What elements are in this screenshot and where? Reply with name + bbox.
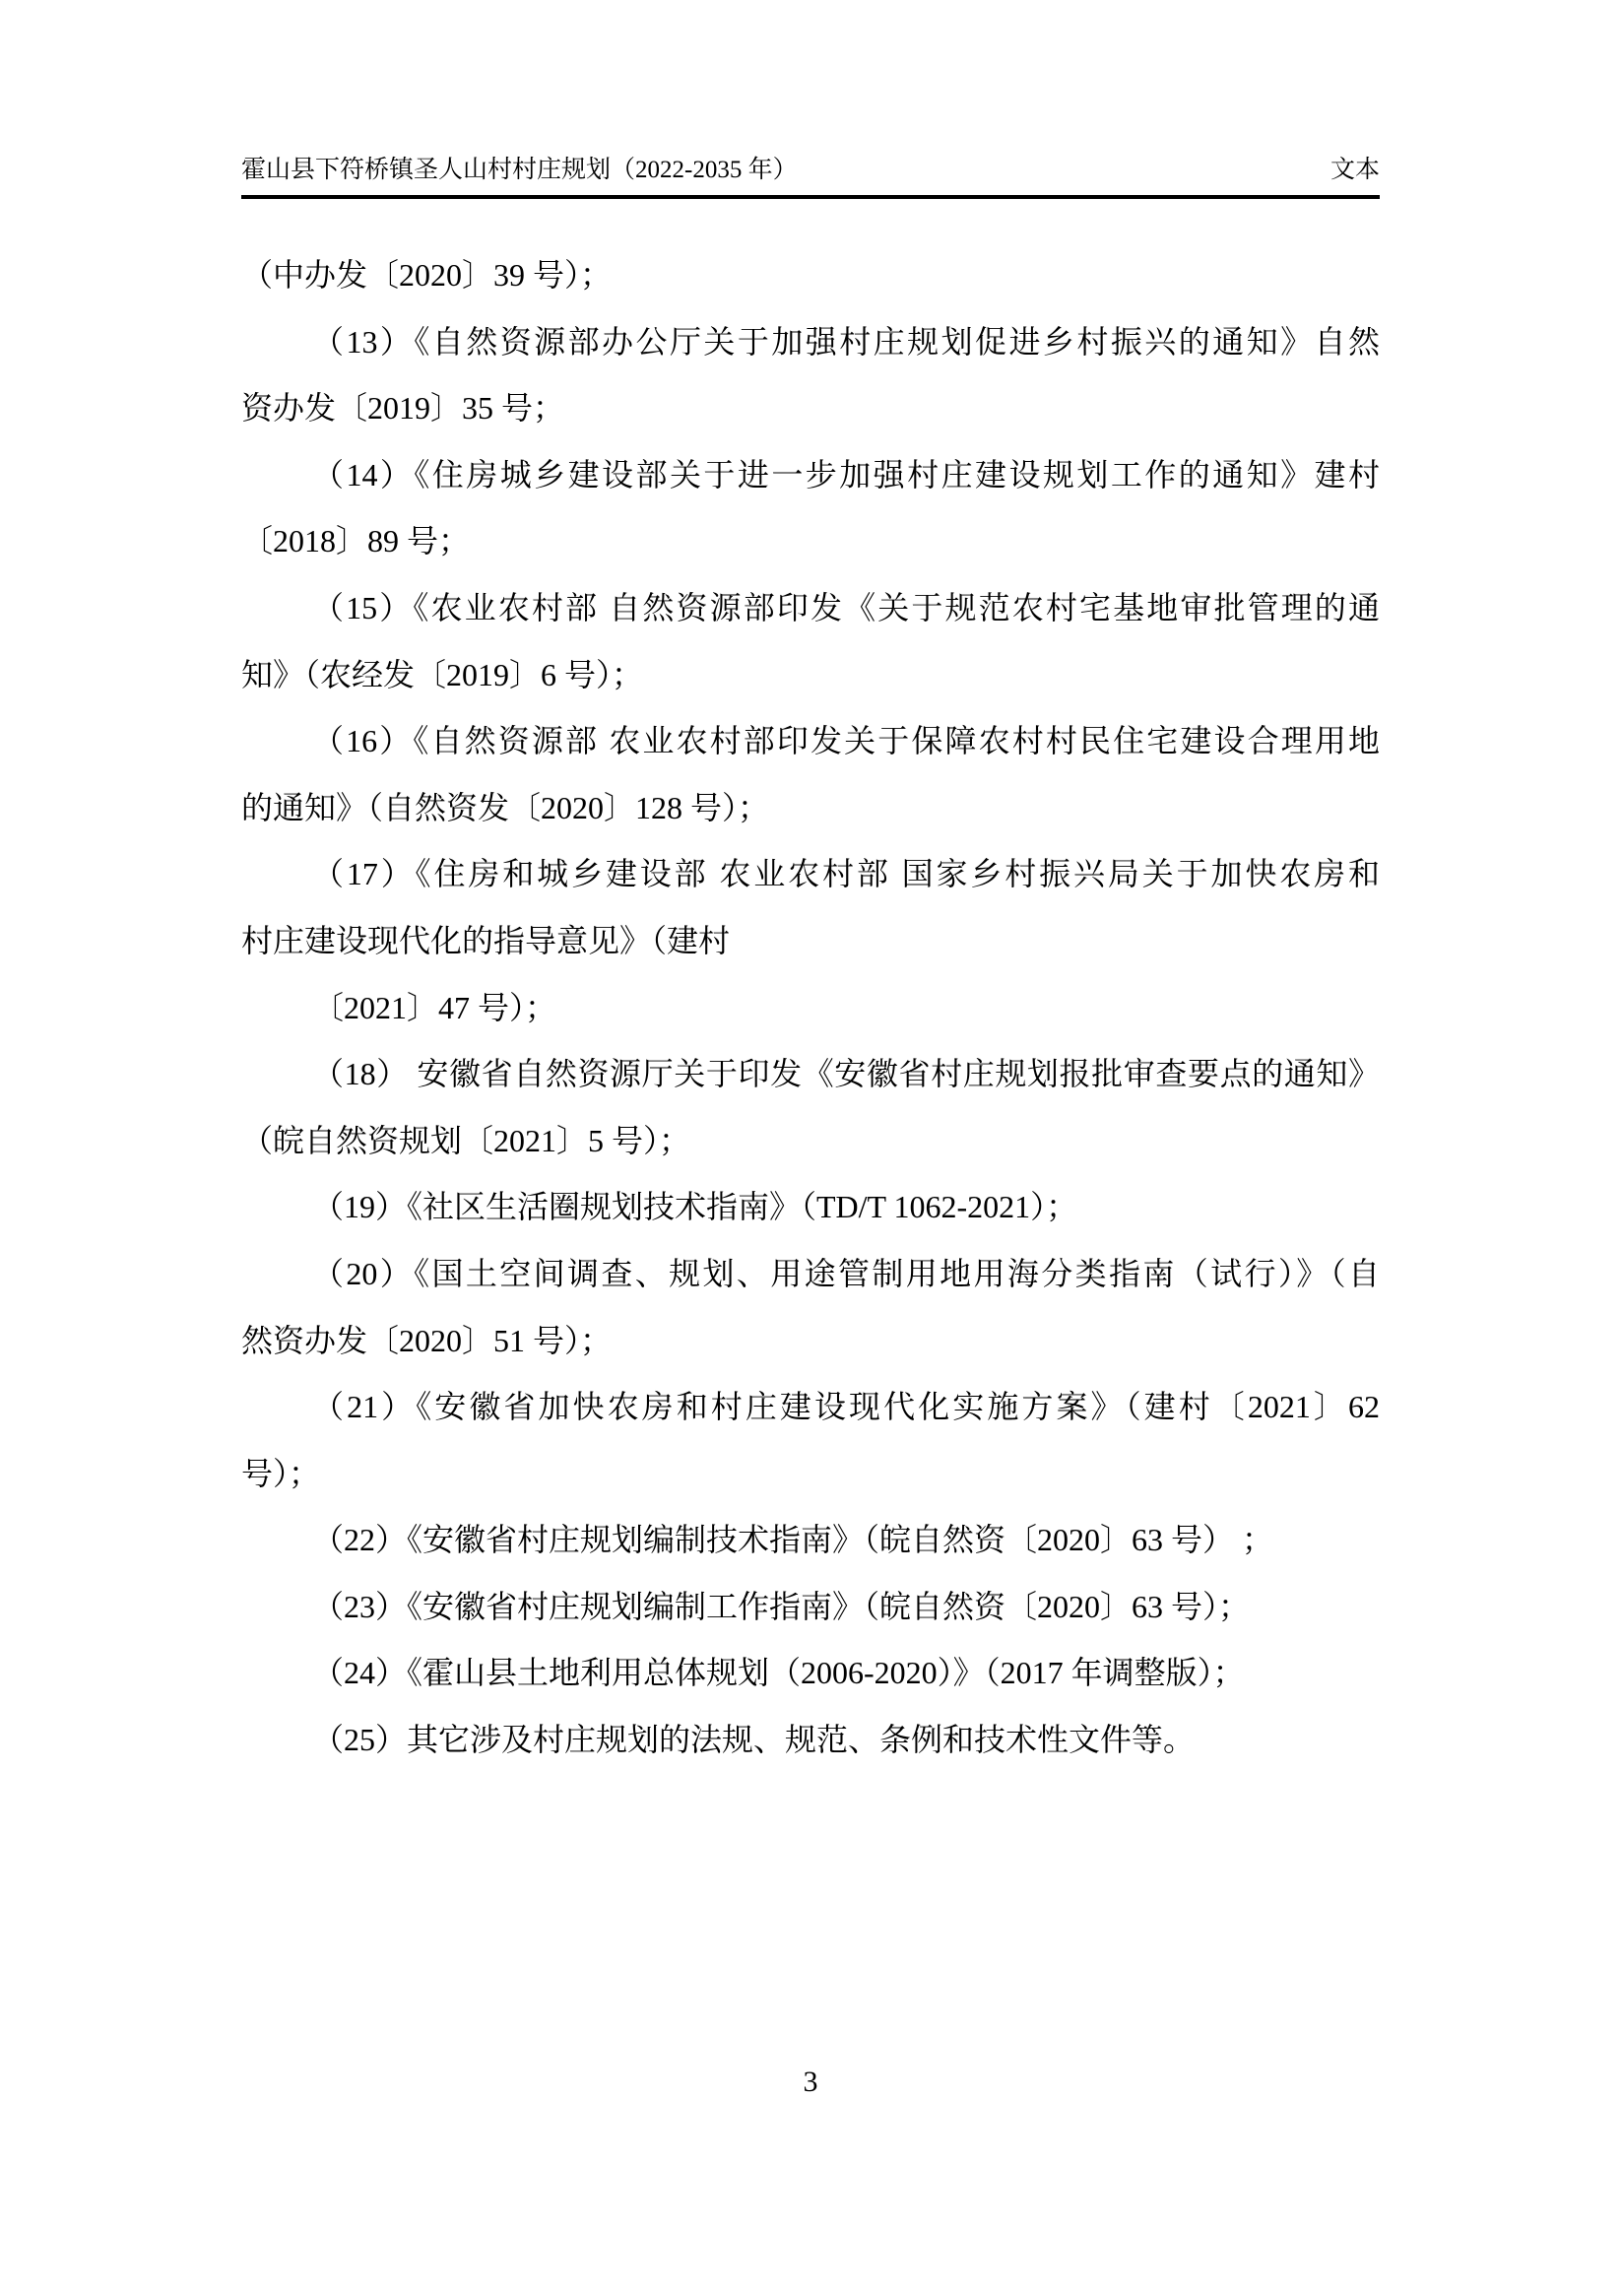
body-line: （20）《国土空间调查、规划、用途管制用地用海分类指南（试行）》（自 (241, 1241, 1380, 1308)
header-rule (241, 195, 1380, 199)
body-line: （22）《安徽省村庄规划编制技术指南》（皖自然资〔2020〕63 号） ； (241, 1507, 1380, 1574)
page-header: 霍山县下符桥镇圣人山村村庄规划（2022-2035 年） 文本 (241, 154, 1380, 187)
document-body: （中办发〔2020〕39 号）； （13）《自然资源部办公厅关于加强村庄规划促进… (241, 242, 1380, 1774)
body-line: （15）《农业农村部 自然资源部印发《关于规范农村宅基地审批管理的通 (241, 575, 1380, 642)
body-line: （19）《社区生活圈规划技术指南》（TD/T 1062-2021）； (241, 1174, 1380, 1241)
body-line: （25）其它涉及村庄规划的法规、规范、条例和技术性文件等。 (241, 1707, 1380, 1774)
body-line: 然资办发〔2020〕51 号）； (241, 1308, 1380, 1375)
header-doc-type-label: 文本 (1330, 154, 1380, 187)
body-line: （17）《住房和城乡建设部 农业农村部 国家乡村振兴局关于加快农房和 (241, 841, 1380, 908)
body-line: （中办发〔2020〕39 号）； (241, 242, 1380, 309)
body-line: （18） 安徽省自然资源厅关于印发《安徽省村庄规划报批审查要点的通知》 (241, 1041, 1380, 1108)
body-line: 资办发〔2019〕35 号； (241, 375, 1380, 442)
body-line: （皖自然资规划〔2021〕5 号）； (241, 1108, 1380, 1175)
body-line: （16）《自然资源部 农业农村部印发关于保障农村村民住宅建设合理用地 (241, 708, 1380, 775)
document-page: 霍山县下符桥镇圣人山村村庄规划（2022-2035 年） 文本 （中办发〔202… (0, 0, 1621, 2296)
body-line: （24）《霍山县土地利用总体规划（2006-2020）》（2017 年调整版）； (241, 1640, 1380, 1707)
body-line: 号）； (241, 1441, 1380, 1508)
body-line: 村庄建设现代化的指导意见》（建村 (241, 908, 1380, 975)
body-line: 〔2018〕89 号； (241, 508, 1380, 575)
body-line: 知》（农经发〔2019〕6 号）； (241, 642, 1380, 709)
header-title: 霍山县下符桥镇圣人山村村庄规划（2022-2035 年） (241, 154, 798, 187)
body-line: （23）《安徽省村庄规划编制工作指南》（皖自然资〔2020〕63 号）； (241, 1574, 1380, 1641)
page-number: 3 (804, 2066, 818, 2098)
body-line: （14）《住房城乡建设部关于进一步加强村庄建设规划工作的通知》建村 (241, 442, 1380, 509)
body-line: （13）《自然资源部办公厅关于加强村庄规划促进乡村振兴的通知》自然 (241, 309, 1380, 376)
body-line: （21）《安徽省加快农房和村庄建设现代化实施方案》（建村〔2021〕62 (241, 1374, 1380, 1441)
page-footer: 3 (0, 2063, 1621, 2102)
body-line: 〔2021〕47 号）； (241, 975, 1380, 1042)
body-line: 的通知》（自然资发〔2020〕128 号）； (241, 775, 1380, 842)
